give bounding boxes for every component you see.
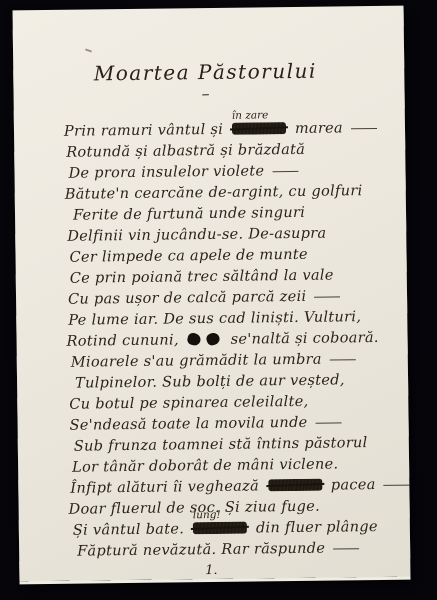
poem-line-text: Se'ndeasă toate la movila unde — [70, 415, 313, 434]
poem-title: Moartea Păstorului — [55, 58, 355, 86]
poem-line-text: Înfipt alături îi veghează — [70, 478, 264, 496]
inserted-word: în zare — [232, 110, 269, 121]
poem-line-text: Delfinii vin jucându-se. De-asupra — [67, 226, 326, 245]
poem-line-text: Făptură nevăzută. Rar răspunde — [77, 541, 330, 560]
paper-speck — [85, 48, 92, 52]
poem-line-text: Mioarele s'au grămădit la umbra — [71, 352, 327, 371]
poem-line-text: Ce prin poiană trec săltând la vale — [70, 268, 334, 287]
poem-line-text: marea — [290, 120, 348, 137]
poem-line: Făptură nevăzută. Rar răspunde — [77, 538, 410, 563]
poem-line-text: Pe lume iar. De sus cad liniști. Vulturi… — [68, 309, 361, 329]
poem-line-text: Cu pas ușor de calcă parcă zeii — [68, 289, 311, 308]
poem-line-text: Și vântul bate. — [73, 521, 189, 538]
poem-line-text: Cu botul pe spinarea celeilalte, — [69, 394, 308, 413]
title-dash: – — [55, 82, 355, 108]
poem-line-text: pacea — [326, 477, 381, 494]
poem-line-text: Prin ramuri vântul și — [64, 122, 228, 140]
ink-scribble-strikethrough — [268, 479, 322, 492]
inserted-word: lung! — [193, 510, 221, 521]
page-number: 1. — [61, 561, 361, 580]
manuscript-page: Moartea Păstorului – Prin ramuri vântul … — [13, 6, 411, 582]
poem-line-text: Rotind cununi, — [66, 332, 183, 349]
poem-line-text: Sub frunza toamnei stă întins păstorul — [74, 435, 368, 455]
poem-body: Prin ramuri vântul și în zare marea Rotu… — [14, 118, 410, 564]
poem-line-text: Ferite de furtună unde singuri — [73, 205, 305, 224]
ink-scribble-strikethrough: în zare — [232, 122, 286, 135]
ink-blots — [187, 333, 223, 346]
poem-line-text: De prora insulelor violete — [68, 163, 269, 181]
poem-line-text: se'naltă și coboară. — [226, 330, 379, 348]
poem-line-text: Tulpinelor. Sub bolți de aur veșted, — [75, 372, 345, 391]
poem-line-text: Rotundă și albastră și brăzdată — [66, 142, 305, 161]
poem-line-text: din fluer plânge — [251, 519, 378, 537]
poem-line-text: Cer limpede ca apele de munte — [69, 247, 307, 266]
poem-line-text: Lor tânăr doborât de mâni viclene. — [72, 456, 338, 475]
poem-line-text: Bătute'n cearcăne de-argint, cu golfuri — [65, 183, 363, 203]
ink-scribble-strikethrough: lung! — [193, 522, 247, 535]
photo-background: Moartea Păstorului – Prin ramuri vântul … — [0, 0, 437, 600]
